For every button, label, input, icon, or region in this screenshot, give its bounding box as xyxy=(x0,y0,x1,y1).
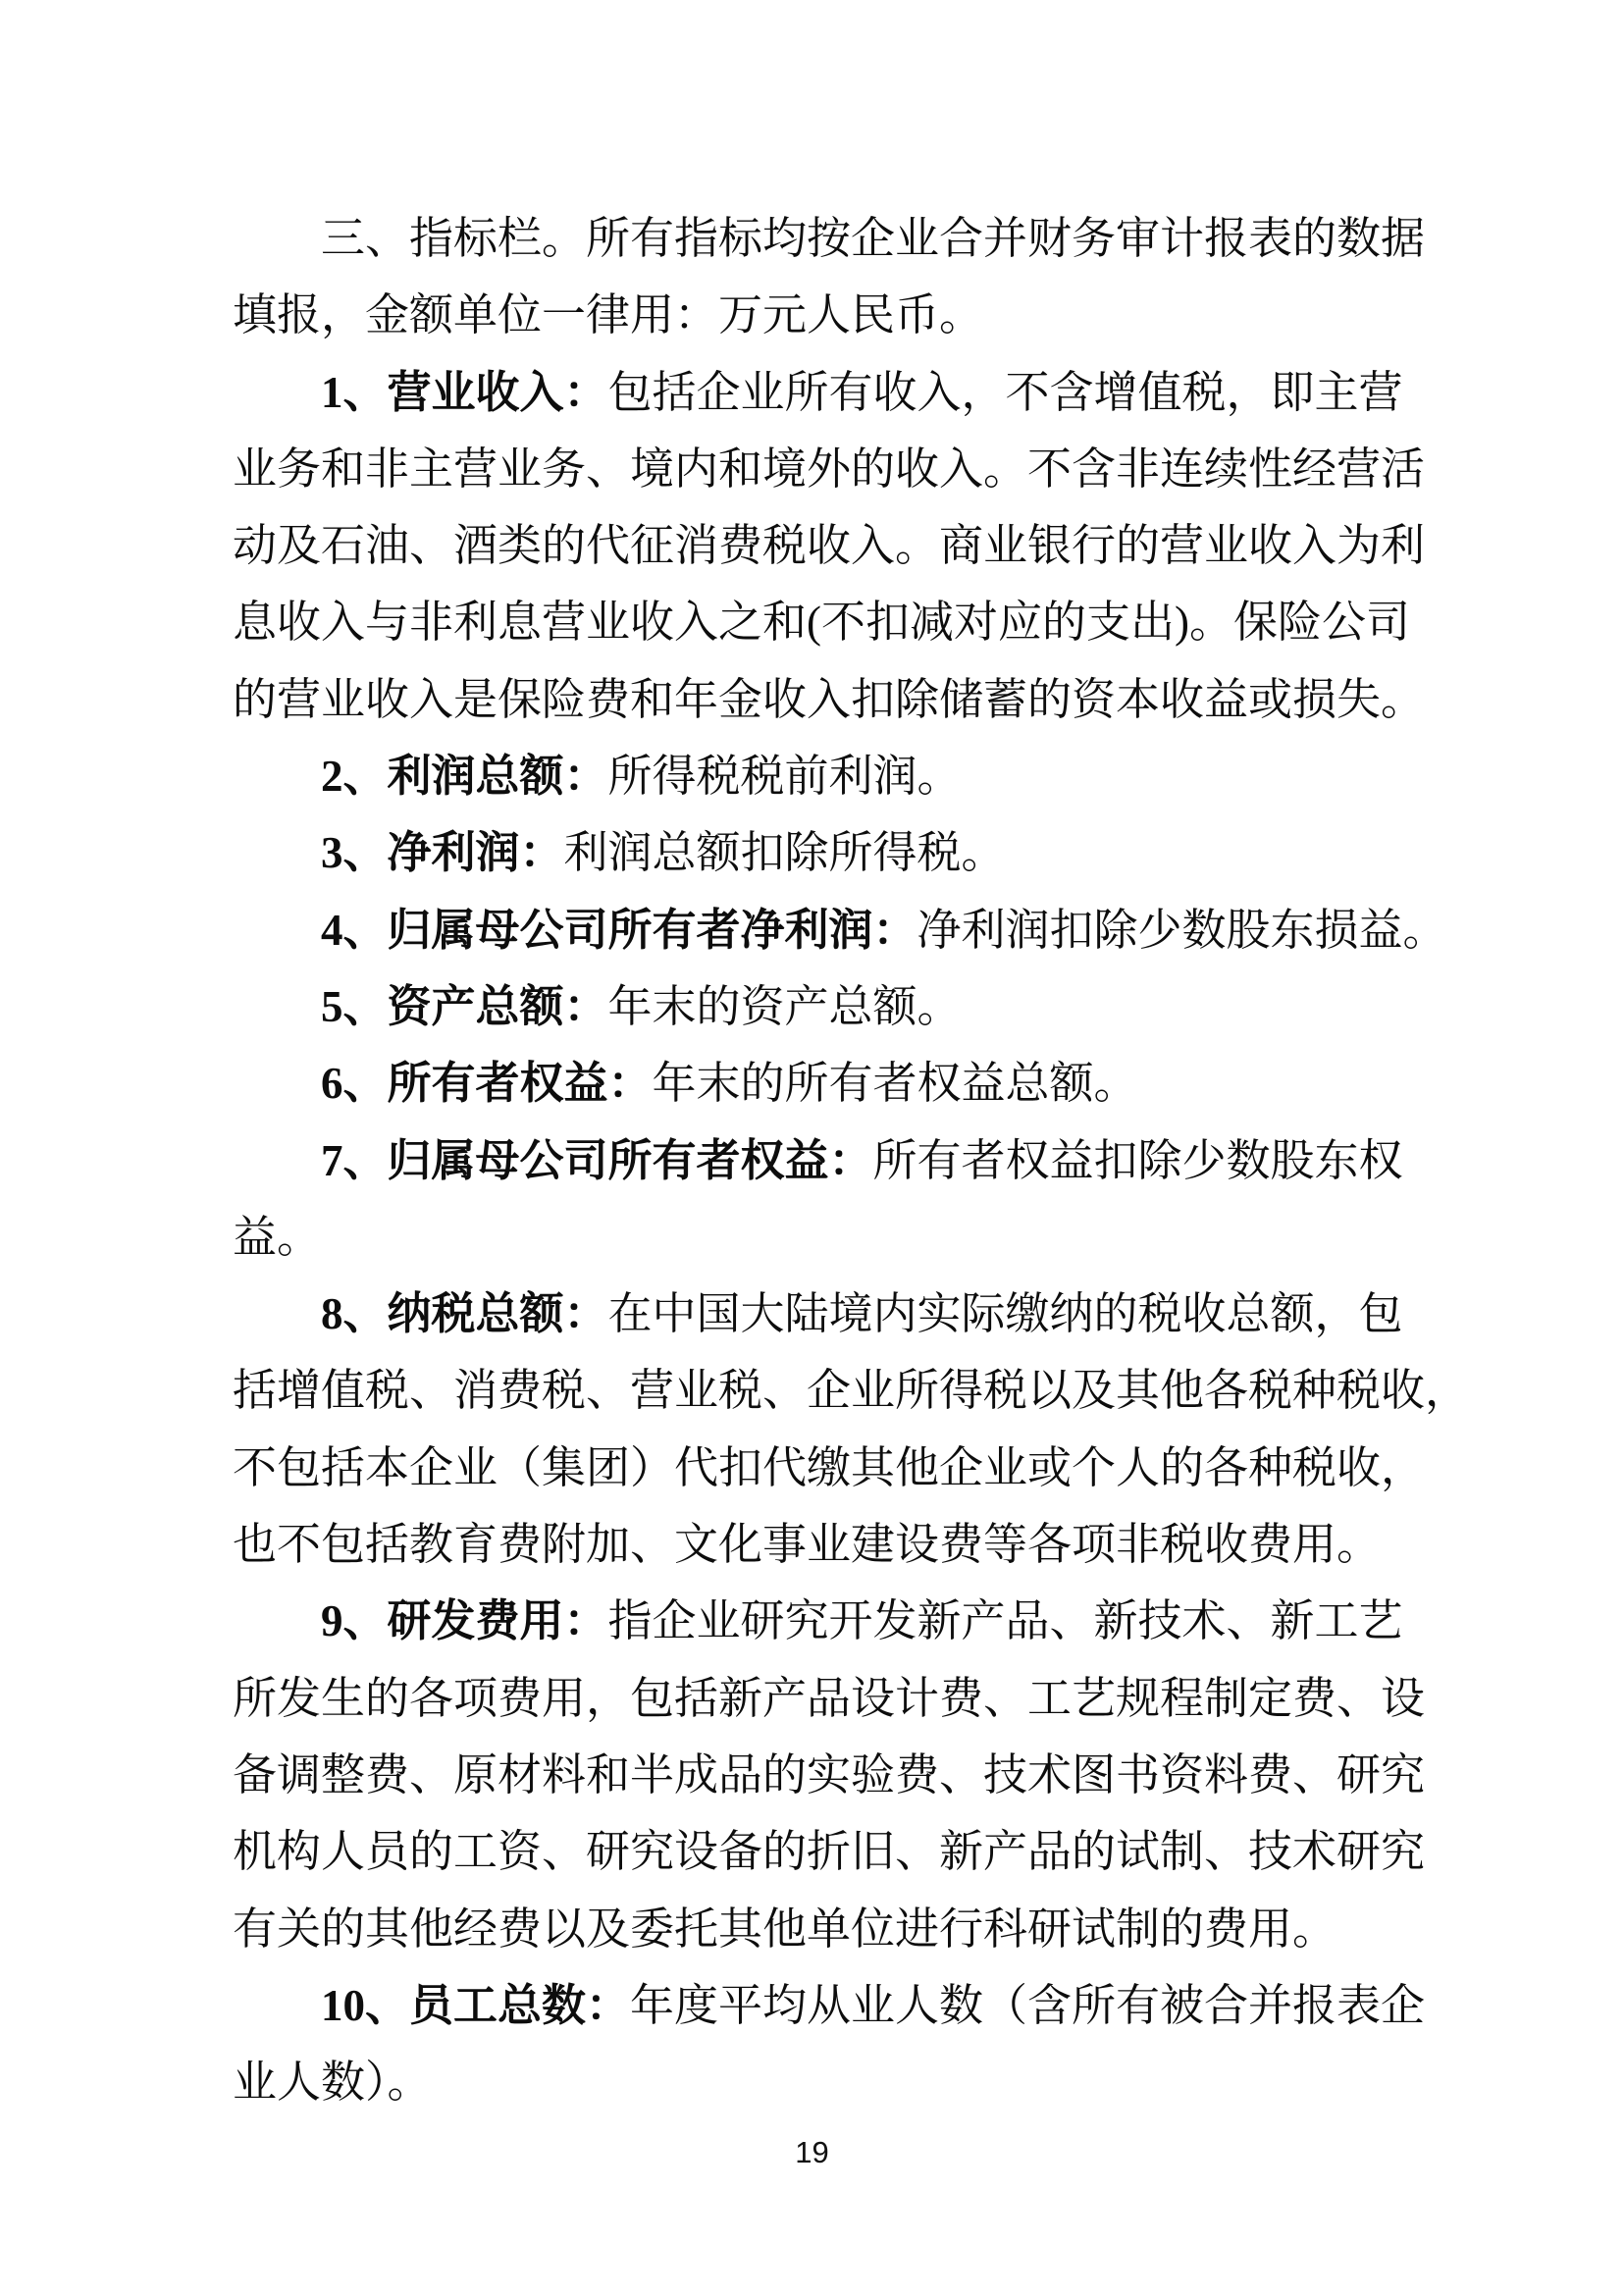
line-text: 包括企业所有收入，不含增值税，即主营 xyxy=(608,368,1403,417)
term-label: 6、所有者权益： xyxy=(321,1059,653,1108)
line-text: 利润总额扣除所得税。 xyxy=(564,828,1006,877)
line-text: 备调整费、原材料和半成品的实验费、技术图书资料费、研究 xyxy=(233,1750,1425,1799)
line-text: 业务和非主营业务、境内和境外的收入。不含非连续性经营活 xyxy=(233,444,1425,494)
term-label: 5、资产总额： xyxy=(321,982,608,1031)
text-line: 9、研发费用：指企业研究开发新产品、新技术、新工艺 xyxy=(233,1583,1425,1659)
line-text: 息收入与非利息营业收入之和(不扣减对应的支出)。保险公司 xyxy=(233,598,1410,647)
text-line: 4、归属母公司所有者净利润：净利润扣除少数股东损益。 xyxy=(233,892,1425,968)
term-label: 2、利润总额： xyxy=(321,752,608,801)
text-line: 2、利润总额：所得税税前利润。 xyxy=(233,738,1425,814)
line-text: 动及石油、酒类的代征消费税收入。商业银行的营业收入为利 xyxy=(233,521,1425,570)
text-line: 8、纳税总额：在中国大陆境内实际缴纳的税收总额，包 xyxy=(233,1276,1425,1352)
text-line: 3、净利润：利润总额扣除所得税。 xyxy=(233,814,1425,891)
line-text: 所有者权益扣除少数股东权 xyxy=(873,1136,1403,1185)
text-line: 1、营业收入：包括企业所有收入，不含增值税，即主营 xyxy=(233,354,1425,431)
text-line: 机构人员的工资、研究设备的折旧、新产品的试制、技术研究 xyxy=(233,1813,1425,1890)
line-text: 有关的其他经费以及委托其他单位进行科研试制的费用。 xyxy=(233,1904,1336,1954)
line-text: 业人数）。 xyxy=(233,2058,432,2107)
line-text: 所得税税前利润。 xyxy=(608,752,962,801)
line-text: 也不包括教育费附加、文化事业建设费等各项非税收费用。 xyxy=(233,1520,1381,1569)
text-line: 括增值税、消费税、营业税、企业所得税以及其他各税种税收， xyxy=(233,1352,1425,1429)
term-label: 3、净利润： xyxy=(321,828,564,877)
text-line: 5、资产总额：年末的资产总额。 xyxy=(233,968,1425,1045)
term-label: 8、纳税总额： xyxy=(321,1289,608,1338)
text-line: 备调整费、原材料和半成品的实验费、技术图书资料费、研究 xyxy=(233,1737,1425,1813)
term-label: 7、归属母公司所有者权益： xyxy=(321,1136,873,1185)
line-text: 益。 xyxy=(233,1213,321,1262)
text-line: 10、员工总数：年度平均从业人数（含所有被合并报表企 xyxy=(233,1967,1425,2044)
text-line: 所发生的各项费用，包括新产品设计费、工艺规程制定费、设 xyxy=(233,1660,1425,1737)
term-label: 10、员工总数： xyxy=(321,1981,630,2030)
text-line: 三、指标栏。所有指标均按企业合并财务审计报表的数据 xyxy=(233,200,1425,277)
text-line: 的营业收入是保险费和年金收入扣除储蓄的资本收益或损失。 xyxy=(233,661,1425,738)
text-line: 有关的其他经费以及委托其他单位进行科研试制的费用。 xyxy=(233,1891,1425,1967)
line-text: 在中国大陆境内实际缴纳的税收总额，包 xyxy=(608,1289,1403,1338)
text-line: 不包括本企业（集团）代扣代缴其他企业或个人的各种税收， xyxy=(233,1430,1425,1506)
line-text: 年末的资产总额。 xyxy=(608,982,962,1031)
text-line: 也不包括教育费附加、文化事业建设费等各项非税收费用。 xyxy=(233,1506,1425,1583)
line-text: 所发生的各项费用，包括新产品设计费、工艺规程制定费、设 xyxy=(233,1674,1425,1723)
text-line: 息收入与非利息营业收入之和(不扣减对应的支出)。保险公司 xyxy=(233,584,1425,660)
line-text: 的营业收入是保险费和年金收入扣除储蓄的资本收益或损失。 xyxy=(233,675,1425,724)
document-body: 三、指标栏。所有指标均按企业合并财务审计报表的数据 填报，金额单位一律用：万元人… xyxy=(233,200,1425,2120)
document-page: 三、指标栏。所有指标均按企业合并财务审计报表的数据 填报，金额单位一律用：万元人… xyxy=(0,0,1624,2295)
line-text: 括增值税、消费税、营业税、企业所得税以及其他各税种税收， xyxy=(233,1366,1469,1415)
text-line: 益。 xyxy=(233,1199,1425,1276)
line-text: 机构人员的工资、研究设备的折旧、新产品的试制、技术研究 xyxy=(233,1827,1425,1876)
text-line: 6、所有者权益：年末的所有者权益总额。 xyxy=(233,1045,1425,1121)
line-text: 填报，金额单位一律用：万元人民币。 xyxy=(233,290,983,339)
text-line: 业务和非主营业务、境内和境外的收入。不含非连续性经营活 xyxy=(233,431,1425,507)
text-line: 动及石油、酒类的代征消费税收入。商业银行的营业收入为利 xyxy=(233,507,1425,584)
line-text: 净利润扣除少数股东损益。 xyxy=(917,906,1447,955)
line-text: 不包括本企业（集团）代扣代缴其他企业或个人的各种税收， xyxy=(233,1443,1425,1492)
line-text: 指企业研究开发新产品、新技术、新工艺 xyxy=(608,1596,1403,1645)
term-label: 1、营业收入： xyxy=(321,368,608,417)
page-number: 19 xyxy=(0,2135,1624,2170)
term-label: 4、归属母公司所有者净利润： xyxy=(321,906,917,955)
term-label: 9、研发费用： xyxy=(321,1596,608,1645)
line-text: 三、指标栏。所有指标均按企业合并财务审计报表的数据 xyxy=(321,214,1425,263)
text-line: 7、归属母公司所有者权益：所有者权益扣除少数股东权 xyxy=(233,1122,1425,1199)
line-text: 年末的所有者权益总额。 xyxy=(653,1059,1138,1108)
text-line: 业人数）。 xyxy=(233,2044,1425,2120)
text-line: 填报，金额单位一律用：万元人民币。 xyxy=(233,277,1425,353)
line-text: 年度平均从业人数（含所有被合并报表企 xyxy=(630,1981,1425,2030)
